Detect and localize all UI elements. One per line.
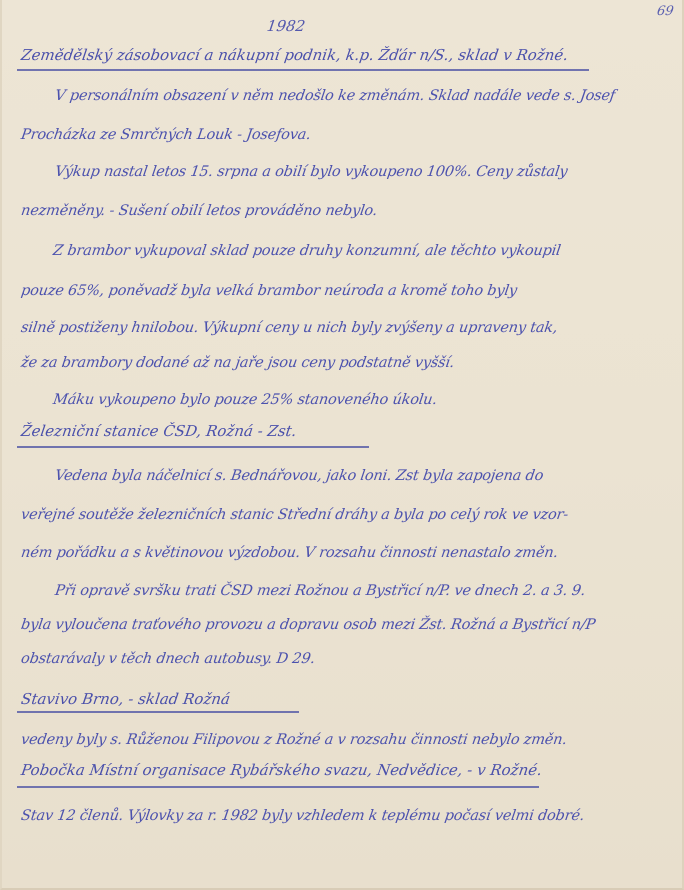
heading-underline bbox=[17, 69, 589, 71]
text-line: Vedena byla náčelnicí s. Bednářovou, jak… bbox=[54, 468, 544, 484]
text-line: Máku vykoupeno bylo pouze 25% stanovenéh… bbox=[52, 392, 438, 408]
text-line: vedeny byly s. Růženou Filipovou z Rožné… bbox=[20, 732, 568, 748]
text-line: pouze 65%, poněvadž byla velká brambor n… bbox=[20, 283, 518, 299]
text-line: V personálním obsazení v něm nedošlo ke … bbox=[54, 88, 616, 104]
text-line: nezměněny. - Sušení obilí letos prováděn… bbox=[20, 203, 378, 219]
text-line: Výkup nastal letos 15. srpna a obilí byl… bbox=[54, 164, 568, 180]
text-line: obstarávaly v těch dnech autobusy. D 29. bbox=[20, 651, 316, 667]
text-line: Z brambor vykupoval sklad pouze druhy ko… bbox=[52, 243, 562, 259]
text-line: byla vyloučena traťového provozu a dopra… bbox=[20, 617, 596, 633]
section-heading-fishing-union: Pobočka Místní organisace Rybářského sva… bbox=[20, 761, 543, 779]
heading-underline bbox=[17, 786, 539, 788]
text-line: ném pořádku a s květinovou výzdobou. V r… bbox=[20, 545, 559, 561]
year-header: 1982 bbox=[266, 17, 307, 35]
document-page: 69 1982 Zemědělský zásobovací a nákupní … bbox=[0, 0, 684, 890]
page-number: 69 bbox=[656, 4, 675, 19]
text-line: Procházka ze Smrčných Louk - Josefova. bbox=[20, 127, 312, 143]
text-line: Při opravě svršku trati ČSD mezi Rožnou … bbox=[54, 583, 586, 599]
section-heading-stavivo: Stavivo Brno, - sklad Rožná bbox=[20, 690, 231, 708]
text-line: Stav 12 členů. Výlovky za r. 1982 byly v… bbox=[20, 808, 585, 824]
text-line: veřejné soutěže železničních stanic Stře… bbox=[20, 507, 569, 523]
text-line: že za brambory dodané až na jaře jsou ce… bbox=[20, 355, 455, 371]
heading-underline bbox=[17, 711, 299, 713]
heading-underline bbox=[17, 446, 369, 448]
section-heading-zzn: Zemědělský zásobovací a nákupní podnik, … bbox=[20, 46, 569, 64]
text-line: silně postiženy hnilobou. Výkupní ceny u… bbox=[20, 320, 558, 336]
section-heading-railway: Železniční stanice ČSD, Rožná - Zst. bbox=[20, 422, 298, 440]
